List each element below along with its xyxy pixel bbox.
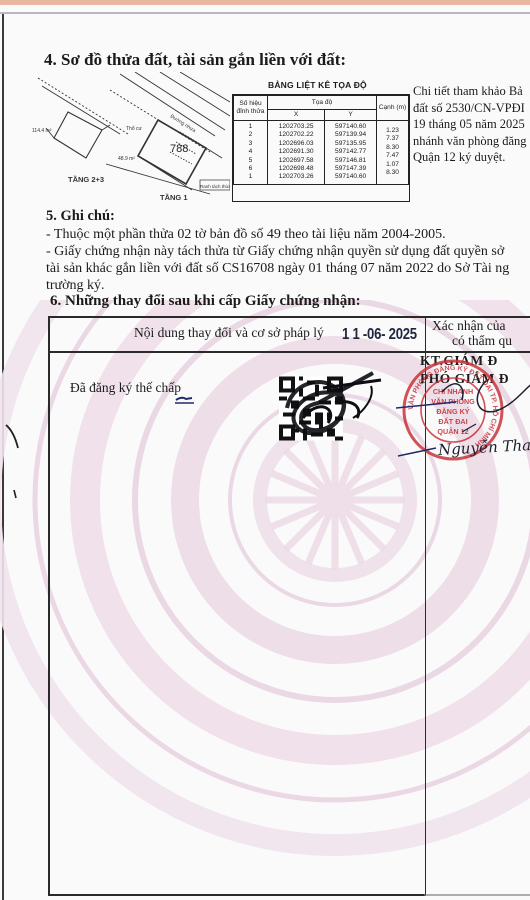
y-column: 597140.60597139.94597135.95597142.775971… — [325, 121, 377, 185]
edge-cell: 1.07 — [378, 161, 407, 169]
y-cell: 597139.94 — [326, 131, 375, 139]
edge-cell: 8.30 — [378, 169, 407, 177]
reference-note-line: nhánh văn phòng đăng — [413, 133, 527, 150]
reference-note-line: 19 tháng 05 năm 2025 — [413, 116, 527, 133]
svg-text:788: 788 — [170, 143, 188, 155]
mortgage-entry: Đã đăng ký thế chấp — [70, 380, 181, 396]
coordinate-table: Số hiệu đỉnh thửa Tọa độ Cạnh (m) X Y 12… — [233, 95, 409, 185]
reference-note: Chi tiết tham khảo Bả đất số 2530/CN-VPĐ… — [413, 83, 527, 166]
note-line: - Giấy chứng nhận này tách thửa từ Giấy … — [46, 243, 504, 260]
edge-cell: 8.30 — [378, 144, 407, 152]
margin-pen-marks — [0, 420, 30, 540]
coords-header: Tọa độ — [268, 96, 377, 110]
vertex-cell: 6 — [235, 165, 266, 173]
svg-text:Đường nhựa: Đường nhựa — [169, 114, 197, 135]
edge-cell: 7.37 — [378, 135, 407, 143]
svg-text:Thổ cư: Thổ cư — [126, 125, 143, 132]
y-cell: 597135.95 — [326, 140, 375, 148]
section-5-heading: 5. Ghi chú: — [46, 208, 115, 225]
vertex-cell: 1 — [235, 173, 266, 181]
confirmation-header-line: Xác nhận của — [432, 318, 505, 333]
y-cell: 597142.77 — [326, 148, 375, 156]
svg-text:TẦNG 1: TẦNG 1 — [160, 192, 188, 202]
x-cell: 1202697.58 — [269, 157, 323, 165]
svg-text:TẦNG 2+3: TẦNG 2+3 — [68, 174, 104, 184]
vertex-column: 1234561 — [234, 121, 268, 185]
svg-text:48.9 m²: 48.9 m² — [118, 156, 135, 162]
note-line: - Thuộc một phần thửa 02 tờ bản đồ số 49… — [46, 226, 446, 243]
vertex-cell: 2 — [235, 131, 266, 139]
vertex-header: Số hiệu đỉnh thửa — [234, 96, 268, 121]
x-header: X — [268, 110, 325, 121]
content-column-header: Nội dung thay đổi và cơ sở pháp lý — [134, 325, 324, 341]
note-line: tài sản khác gắn liền với đất số CS16708… — [46, 260, 509, 277]
changes-table-bottom-border — [424, 894, 530, 896]
y-cell: 597146.81 — [326, 157, 375, 165]
changes-table: Nội dung thay đổi và cơ sở pháp lý 1 1 -… — [48, 316, 530, 896]
date-stamp: 1 1 -06- 2025 — [342, 326, 417, 344]
land-parcel-diagram: 114.4 m² 48.9 m² 788 Đường nhựa Thổ cư R… — [10, 72, 230, 204]
x-cell: 1202703.25 — [269, 123, 323, 131]
reference-note-line: đất số 2530/CN-VPĐI — [413, 100, 527, 117]
edge-header: Cạnh (m) — [377, 96, 409, 121]
x-cell: 1202702.22 — [269, 131, 323, 139]
y-cell: 597147.39 — [326, 165, 375, 173]
x-cell: 1202696.03 — [269, 140, 323, 148]
coordinate-table-title: BẢNG LIỆT KÊ TỌA ĐỘ — [268, 80, 367, 90]
edge-cell: 1.23 — [378, 127, 407, 135]
reference-note-line: Chi tiết tham khảo Bả — [413, 83, 527, 100]
vertex-cell: 5 — [235, 157, 266, 165]
x-cell: 1202691.30 — [269, 148, 323, 156]
initial-mark-icon — [174, 394, 196, 404]
vertex-cell: 3 — [235, 140, 266, 148]
svg-text:114.4 m²: 114.4 m² — [32, 128, 52, 134]
y-header: Y — [325, 110, 377, 121]
edge-column: 1.237.378.307.471.078.30 — [377, 121, 409, 185]
signature-stroke — [396, 356, 530, 476]
section-4-heading: 4. Sơ đồ thửa đất, tài sản gắn liền với … — [44, 50, 346, 70]
section-6-heading: 6. Những thay đổi sau khi cấp Giấy chứng… — [50, 293, 361, 310]
signature-scribble — [273, 368, 383, 448]
edge-cell: 7.47 — [378, 152, 407, 160]
x-column: 1202703.251202702.221202696.031202691.30… — [268, 121, 325, 185]
vertex-cell: 1 — [235, 123, 266, 131]
confirmation-header-line: có thẩm qu — [432, 333, 512, 348]
confirmation-column-header: Xác nhận của có thẩm qu — [432, 318, 512, 348]
page-top-band — [0, 0, 530, 5]
y-cell: 597140.60 — [326, 123, 375, 131]
note-line: trường ký. — [46, 277, 105, 294]
y-cell: 597140.60 — [326, 173, 375, 181]
reference-note-line: Quận 12 ký duyệt. — [413, 149, 527, 166]
svg-text:Ranh tách thửa: Ranh tách thửa — [200, 183, 230, 189]
x-cell: 1202703.26 — [269, 173, 323, 181]
x-cell: 1202698.48 — [269, 165, 323, 173]
page-top-rule — [0, 12, 530, 14]
vertex-cell: 4 — [235, 148, 266, 156]
